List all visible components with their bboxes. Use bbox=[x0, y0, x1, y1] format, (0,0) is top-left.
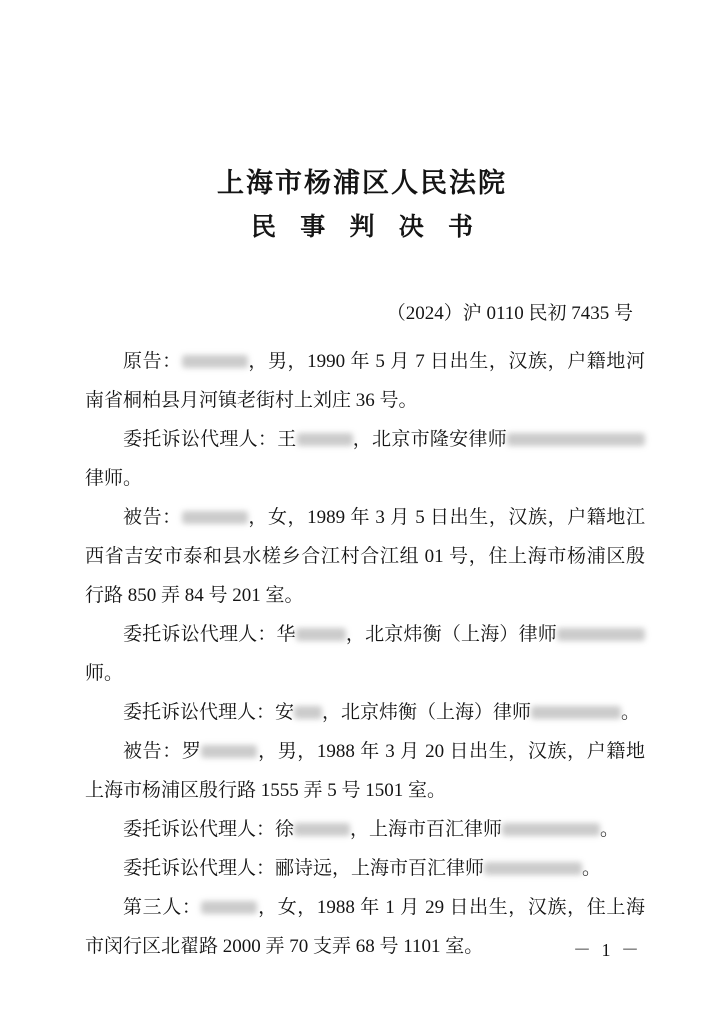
redacted-text bbox=[182, 511, 248, 524]
page-number: － 1 － bbox=[573, 936, 642, 962]
paragraph-text: ，北京炜衡（上海）律师 bbox=[346, 624, 557, 645]
case-number: （2024）沪 0110 民初 7435 号 bbox=[85, 300, 645, 328]
paragraph-text: 委托诉讼代理人：安 bbox=[123, 702, 294, 723]
paragraph: 委托诉讼代理人：王，北京市隆安律师律师。 bbox=[85, 420, 645, 498]
party-paragraphs: 原告：，男，1990 年 5 月 7 日出生，汉族，户籍地河南省桐柏县月河镇老街… bbox=[85, 342, 645, 966]
redacted-text bbox=[182, 355, 248, 368]
paragraph-text: 律师。 bbox=[85, 468, 142, 489]
paragraph-text: ，上海市百汇律师 bbox=[350, 819, 502, 840]
redacted-text bbox=[294, 706, 322, 719]
redacted-text bbox=[201, 901, 257, 914]
paragraph-text: 原告： bbox=[123, 351, 182, 372]
paragraph: 被告：，女，1989 年 3 月 5 日出生，汉族，户籍地江西省吉安市泰和县水槎… bbox=[85, 498, 645, 615]
paragraph: 委托诉讼代理人：徐，上海市百汇律师。 bbox=[85, 810, 645, 849]
paragraph-text: 委托诉讼代理人：徐 bbox=[123, 819, 294, 840]
redacted-text bbox=[507, 433, 645, 446]
judgment-page: 上海市杨浦区人民法院 民 事 判 决 书 （2024）沪 0110 民初 743… bbox=[0, 0, 724, 1024]
paragraph-text: 。 bbox=[621, 702, 640, 723]
paragraph-text: 委托诉讼代理人：王 bbox=[123, 429, 297, 450]
paragraph-text: ，北京市隆安律师 bbox=[353, 429, 508, 450]
paragraph: 被告：罗，男，1988 年 3 月 20 日出生，汉族，户籍地上海市杨浦区殷行路… bbox=[85, 732, 645, 810]
paragraph-text: 。 bbox=[582, 858, 601, 879]
paragraph-text: 第三人： bbox=[123, 897, 201, 918]
paragraph-text: 委托诉讼代理人：华 bbox=[123, 624, 296, 645]
redacted-text bbox=[201, 745, 257, 758]
paragraph-text: 委托诉讼代理人：郦诗远，上海市百汇律师 bbox=[123, 858, 484, 879]
redacted-text bbox=[531, 706, 621, 719]
redacted-text bbox=[296, 628, 346, 641]
document-type-title: 民 事 判 决 书 bbox=[0, 214, 724, 242]
paragraph-text: 被告： bbox=[123, 507, 182, 528]
paragraph: 第三人：，女，1988 年 1 月 29 日出生，汉族，住上海市闵行区北翟路 2… bbox=[85, 888, 645, 966]
paragraph: 委托诉讼代理人：华，北京炜衡（上海）律师师。 bbox=[85, 615, 645, 693]
paragraph-text: 。 bbox=[600, 819, 619, 840]
redacted-text bbox=[557, 628, 645, 641]
redacted-text bbox=[294, 823, 350, 836]
paragraph-text: ，北京炜衡（上海）律师 bbox=[322, 702, 531, 723]
court-name: 上海市杨浦区人民法院 bbox=[0, 168, 724, 199]
document-body: （2024）沪 0110 民初 7435 号 原告：，男，1990 年 5 月 … bbox=[85, 300, 645, 966]
paragraph: 委托诉讼代理人：郦诗远，上海市百汇律师。 bbox=[85, 849, 645, 888]
redacted-text bbox=[297, 433, 353, 446]
paragraph: 原告：，男，1990 年 5 月 7 日出生，汉族，户籍地河南省桐柏县月河镇老街… bbox=[85, 342, 645, 420]
redacted-text bbox=[502, 823, 600, 836]
paragraph-text: 师。 bbox=[85, 663, 123, 684]
paragraph-text: 被告：罗 bbox=[123, 741, 201, 762]
redacted-text bbox=[484, 862, 582, 875]
paragraph: 委托诉讼代理人：安，北京炜衡（上海）律师。 bbox=[85, 693, 645, 732]
